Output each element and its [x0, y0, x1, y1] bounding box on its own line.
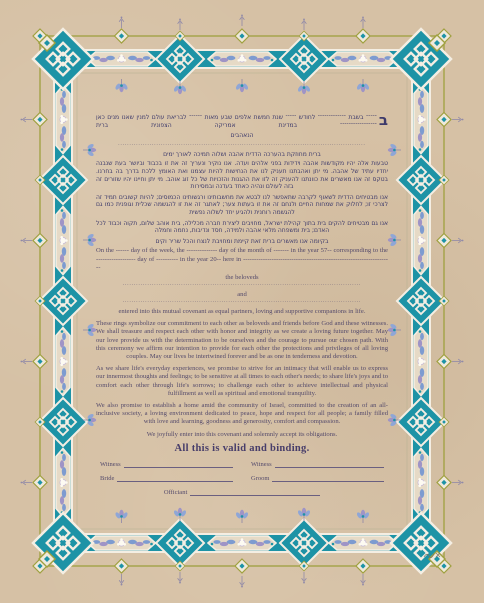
bride-label: Bride: [100, 475, 114, 482]
hebrew-drop-cap: ב: [377, 114, 388, 127]
signature-row-witnesses: Witness Witness: [100, 460, 384, 468]
witness-left-field: Witness: [100, 460, 233, 468]
groom-label: Groom: [251, 475, 269, 482]
bride-field: Bride: [100, 474, 233, 482]
name-blank-line-1: ........................................…: [96, 282, 388, 288]
officiant-signature-line[interactable]: [190, 488, 320, 496]
hebrew-opening: ב־־־־־ בשבת ־־־־־־־־־־־־־ לחודש ־־־־־ שנ…: [96, 114, 388, 129]
english-paragraph-home: We also promise to establish a home amid…: [96, 402, 388, 427]
hebrew-covenant-heading: ברית מחוזקת בהערכה הדדית אהבה ושלוה תמיכ…: [96, 151, 388, 159]
hebrew-opening-text: ־־־־־ בשבת ־־־־־־־־־־־־־ לחודש ־־־־־ שנת…: [96, 114, 377, 129]
signature-row-couple: Bride Groom: [100, 474, 384, 482]
ketubah-document: ב־־־־־ בשבת ־־־־־־־־־־־־־ לחודש ־־־־־ שנ…: [0, 0, 484, 603]
witness-right-field: Witness: [251, 460, 384, 468]
beloveds-label: the beloveds: [96, 274, 388, 281]
bride-signature-line[interactable]: [117, 474, 233, 482]
english-paragraph-covenant: entered into this mutual covenant as equ…: [96, 308, 388, 316]
english-paragraph-intimacy: As we share life's everyday experiences,…: [96, 365, 388, 398]
english-paragraph-rings: These rings symbolize our commitment to …: [96, 320, 388, 361]
witness-left-label: Witness: [100, 461, 121, 468]
name-blank-line-2: ........................................…: [96, 299, 388, 305]
signature-row-officiant: Officiant: [100, 488, 384, 496]
hebrew-paragraph-intimacy: אנו מבטיחים הדדית לשאוף לקרבה שתאפשר לנו…: [96, 194, 388, 217]
ketubah-text-area: ב־־־־־ בשבת ־־־־־־־־־־־־־ לחודש ־־־־־ שנ…: [96, 114, 388, 523]
witness-left-signature-line[interactable]: [124, 460, 233, 468]
officiant-field: Officiant: [164, 488, 320, 496]
witness-right-label: Witness: [251, 461, 272, 468]
hebrew-paragraph-rings: טבעות אלה יהיו מקודשות אהבה וידידות בפני…: [96, 160, 388, 190]
officiant-label: Officiant: [164, 489, 187, 496]
hebrew-beloveds-label: הנאהבים: [96, 132, 388, 140]
hebrew-paragraph-home: אנו גם מבטיחים להקים בית בתוך קהילת ישרא…: [96, 220, 388, 235]
english-joyfully-line: We joyfully enter into this covenant and…: [96, 431, 388, 439]
valid-and-binding-line: All this is valid and binding.: [96, 443, 388, 454]
hebrew-closing-line: בקיומה אנו מאשרים ברית זאת קיימת ומחויבת…: [96, 238, 388, 246]
hebrew-names-blank-line: ........................................…: [96, 142, 388, 148]
witness-right-signature-line[interactable]: [275, 460, 384, 468]
groom-field: Groom: [251, 474, 384, 482]
and-label: and: [96, 291, 388, 298]
groom-signature-line[interactable]: [272, 474, 384, 482]
english-date-block: On the ------ day of the week, the -----…: [96, 247, 388, 272]
